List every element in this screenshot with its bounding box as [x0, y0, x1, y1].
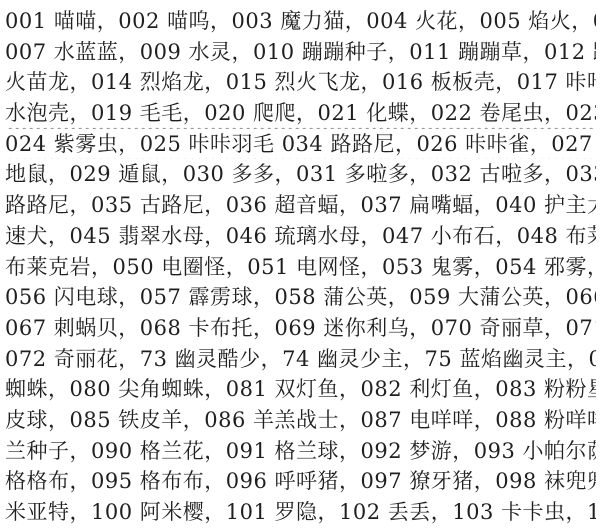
text-line: 皮球，085 铁皮羊，086 羊羔战士，087 电咩咩，088 粉咩咩，089 … — [5, 405, 596, 436]
text-line: 格格布，095 格布布，096 呼呼猪，097 獠牙猪，098 袜兜兜，099 … — [5, 466, 596, 497]
text-line-wavy-underline: 024 紫雾虫，025 咔咔羽毛 034 路路尼，026 咔咔雀，027 咔咔鸟… — [5, 129, 596, 160]
text-line: 速犬，045 翡翠水母，046 琉璃水母，047 小布石，048 布莱石，049 — [5, 221, 596, 252]
text-line: 兰种子，090 格兰花，091 格兰球，092 梦游，093 小帕尔萨斯，094 — [5, 436, 596, 467]
text-line: 地鼠，029 遁鼠，030 多多，031 多啦多，032 古啦多，033 路路，… — [5, 159, 596, 190]
text-line: 001 喵喵，002 喵呜，003 魔力猫，004 火花，005 焰火，006 … — [5, 6, 596, 37]
text-line: 火苗龙，014 烈焰龙，015 烈火飞龙，016 板板壳，017 咔咔壳，018 — [5, 67, 596, 98]
text-line-wavy-underline: 水泡壳，019 毛毛，020 爬爬，021 化蝶，022 卷尾虫，023 独角虫… — [5, 98, 596, 129]
text-line: 路路尼，035 古路尼，036 超音蝠，037 扁嘴蝠，040 护主犬，041 … — [5, 190, 596, 221]
text-line: 米亚特，100 阿米樱，101 罗隐，102 丢丢，103 卡卡虫，104 卡瓦… — [5, 497, 596, 528]
document-page: 001 喵喵，002 喵呜，003 魔力猫，004 火花，005 焰火，006 … — [0, 0, 600, 529]
text-line: 067 刺蜗贝，068 卡布托，069 迷你利乌，070 奇丽草，071 奇丽叶… — [5, 313, 596, 344]
text-line: 056 闪电球，057 霹雳球，058 蒲公英，059 大蒲公英，066 蜗石贝… — [5, 282, 596, 313]
text-line: 蜘蛛，080 尖角蜘蛛，081 双灯鱼，082 利灯鱼，083 粉粉星，084 … — [5, 374, 596, 405]
text-line: 007 水蓝蓝，009 水灵，010 蹦蹦种子，011 蹦蹦草，012 蹦蹦花，… — [5, 37, 596, 68]
text-line: 布莱克岩，050 电圈怪，051 电网怪，053 鬼雾，054 邪雾，055 灵… — [5, 252, 596, 283]
text-line: 072 奇丽花，73 幽灵酷少，74 幽灵少主，75 蓝焰幽灵主，079 圆眼 — [5, 344, 596, 375]
